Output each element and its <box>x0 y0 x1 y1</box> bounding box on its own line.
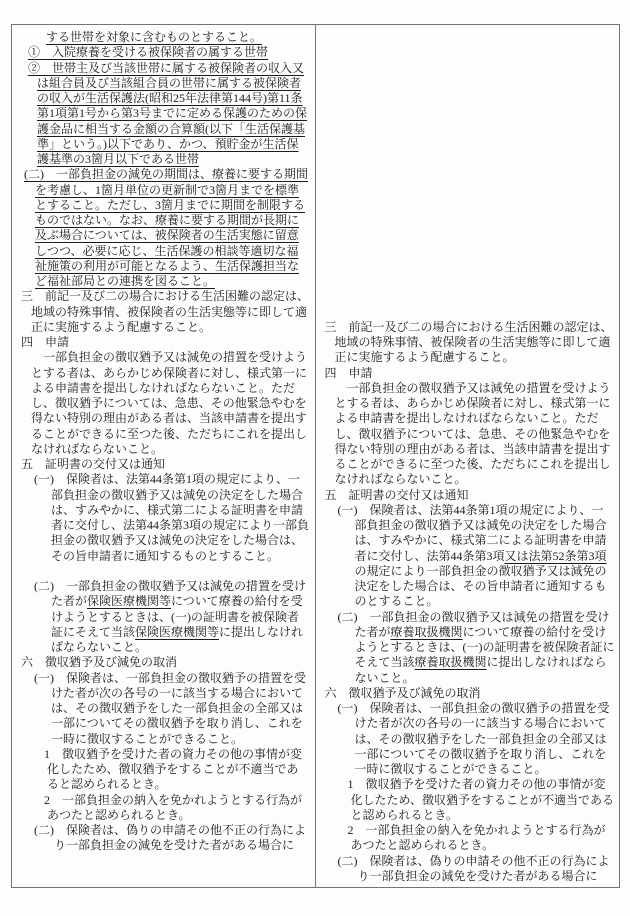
text-run: 六 徴収猶予及び減免の取消 <box>325 686 481 700</box>
paragraph: (二) 一部負担金の徴収猶予又は減免の措置を受けた者が療養取扱機関について療養の… <box>322 610 616 686</box>
paragraph: 五 証明書の交付又は通知 <box>322 488 616 503</box>
paragraph: 一部負担金の徴収猶予又は減免の措置を受けようとする者は、あらかじめ保険者に対し、… <box>322 381 616 488</box>
paragraph: (一) 保険者は、一部負担金の徴収猶予の措置を受けた者が次の各号の一に該当する場… <box>18 671 311 747</box>
paragraph: する世帯を対象に含むものとすること。 <box>18 30 311 45</box>
text-run: (一) 保険者は、一部負担金の徴収猶予の措置を受けた者が次の各号の一に該当する場… <box>34 671 306 746</box>
paragraph: (二) 保険者は、偽りの申請その他不正の行為により一部負担金の減免を受けた者があ… <box>322 854 616 885</box>
underlined-text: 保険医療機関等 <box>87 594 171 608</box>
underlined-text: する世帯を対象に含むものとすること。 <box>46 30 262 44</box>
text-run: 2 一部負担金の納入を免かれようとする行為があつたと認められるとき。 <box>348 823 606 852</box>
text-run: 1 徴収猶予を受けた者の資力その他の事情が変化したため、徴収猶予をすることが不適… <box>44 747 302 792</box>
paragraph: (一) 保険者は、一部負担金の徴収猶予の措置を受けた者が次の各号の一に該当する場… <box>322 701 616 777</box>
underlined-text: ② 世帯主及び当該世帯に属する被保険者の収入又は組合員及び当該組合員の世帯に属す… <box>28 61 307 167</box>
underlined-text: ① 入院療養を受ける被保険者の属する世帯 <box>28 45 268 59</box>
paragraph: (二) 一部負担金の減免の期間は、療養に要する期間を考慮し、1箇月単位の更新制で… <box>18 167 311 289</box>
text-run: (二) 保険者は、偽りの申請その他不正の行為により一部負担金の減免を受けた者があ… <box>34 823 306 852</box>
paragraph: (一) 保険者は、法第44条第1項の規定により、一部負担金の徴収猶予又は減免の決… <box>18 472 311 564</box>
underlined-text: (二) 一部負担金の減免の期間は、療養に要する期間を考慮し、1箇月単位の更新制で… <box>24 167 308 288</box>
text-run: 1 徴収猶予を受けた者の資力その他の事情が変化したため、徴収猶予をすることが不適… <box>348 777 615 822</box>
text-run: 六 徴収猶予及び減免の取消 <box>21 655 177 669</box>
paragraph: 六 徴収猶予及び減免の取消 <box>18 655 311 670</box>
paragraph: 2 一部負担金の納入を免かれようとする行為があつたと認められるとき。 <box>322 823 616 854</box>
paragraph: 五 証明書の交付又は通知 <box>18 457 311 472</box>
right-column: 三 前記一及び二の場合における生活困難の認定は、地域の特殊事情、被保険者の生活実… <box>316 25 620 887</box>
paragraph: 三 前記一及び二の場合における生活困難の認定は、地域の特殊事情、被保険者の生活実… <box>322 320 616 366</box>
text-run: 三 前記一及び二の場合における生活困難の認定は、地域の特殊事情、被保険者の生活実… <box>325 320 613 365</box>
paragraph: ① 入院療養を受ける被保険者の属する世帯 <box>18 45 311 60</box>
paragraph: (二) 保険者は、偽りの申請その他不正の行為により一部負担金の減免を受けた者があ… <box>18 823 311 854</box>
text-run: 五 証明書の交付又は通知 <box>325 488 469 502</box>
text-run: 四 申請 <box>325 366 373 380</box>
paragraph: 一部負担金の徴収猶予又は減免の措置を受けようとする者は、あらかじめ保険者に対し、… <box>18 350 311 457</box>
text-run: (一) 保険者は、一部負担金の徴収猶予の措置を受けた者が次の各号の一に該当する場… <box>338 701 610 776</box>
text-run: 三 前記一及び二の場合における生活困難の認定は、地域の特殊事情、被保険者の生活実… <box>21 289 309 334</box>
underlined-text: 療養取扱機関 <box>415 655 487 669</box>
text-run: 一部負担金の徴収猶予又は減免の措置を受けようとする者は、あらかじめ保険者に対し、… <box>31 350 307 456</box>
text-run: 五 証明書の交付又は通知 <box>21 457 165 471</box>
underlined-text: 又は法第52条第3項 <box>505 549 607 563</box>
paragraph: (二) 一部負担金の徴収猶予又は減免の措置を受けた者が保険医療機関等について療養… <box>18 579 311 655</box>
blank-area <box>322 30 616 320</box>
paragraph: 三 前記一及び二の場合における生活困難の認定は、地域の特殊事情、被保険者の生活実… <box>18 289 311 335</box>
underlined-text: 保険医療機関等 <box>135 625 219 639</box>
left-column: する世帯を対象に含むものとすること。① 入院療養を受ける被保険者の属する世帯② … <box>12 25 316 887</box>
text-run: 2 一部負担金の納入を免かれようとする行為があつたと認められるとき。 <box>44 793 302 822</box>
comparison-table: する世帯を対象に含むものとすること。① 入院療養を受ける被保険者の属する世帯② … <box>11 24 620 888</box>
paragraph: ② 世帯主及び当該世帯に属する被保険者の収入又は組合員及び当該組合員の世帯に属す… <box>18 61 311 168</box>
text-run: (一) 保険者は、法第44条第1項の規定により、一部負担金の徴収猶予又は減免の決… <box>34 472 309 562</box>
text-run: の規定により一部負担金の徴収猶予又は減免の決定をした場合は、その旨申請者に通知す… <box>355 564 607 609</box>
paragraph: 2 一部負担金の納入を免かれようとする行為があつたと認められるとき。 <box>18 793 311 824</box>
underlined-text: 療養取扱機関 <box>391 625 463 639</box>
text-run: 四 申請 <box>21 335 69 349</box>
paragraph: (一) 保険者は、法第44条第1項の規定により、一部負担金の徴収猶予又は減免の決… <box>322 503 616 610</box>
paragraph: 1 徴収猶予を受けた者の資力その他の事情が変化したため、徴収猶予をすることが不適… <box>322 777 616 823</box>
paragraph: 1 徴収猶予を受けた者の資力その他の事情が変化したため、徴収猶予をすることが不適… <box>18 747 311 793</box>
paragraph: 四 申請 <box>322 366 616 381</box>
text-run: 一部負担金の徴収猶予又は減免の措置を受けようとする者は、あらかじめ保険者に対し、… <box>335 381 611 487</box>
text-run: (二) 保険者は、偽りの申請その他不正の行為により一部負担金の減免を受けた者があ… <box>338 854 610 883</box>
paragraph: 六 徴収猶予及び減免の取消 <box>322 686 616 701</box>
paragraph: 四 申請 <box>18 335 311 350</box>
